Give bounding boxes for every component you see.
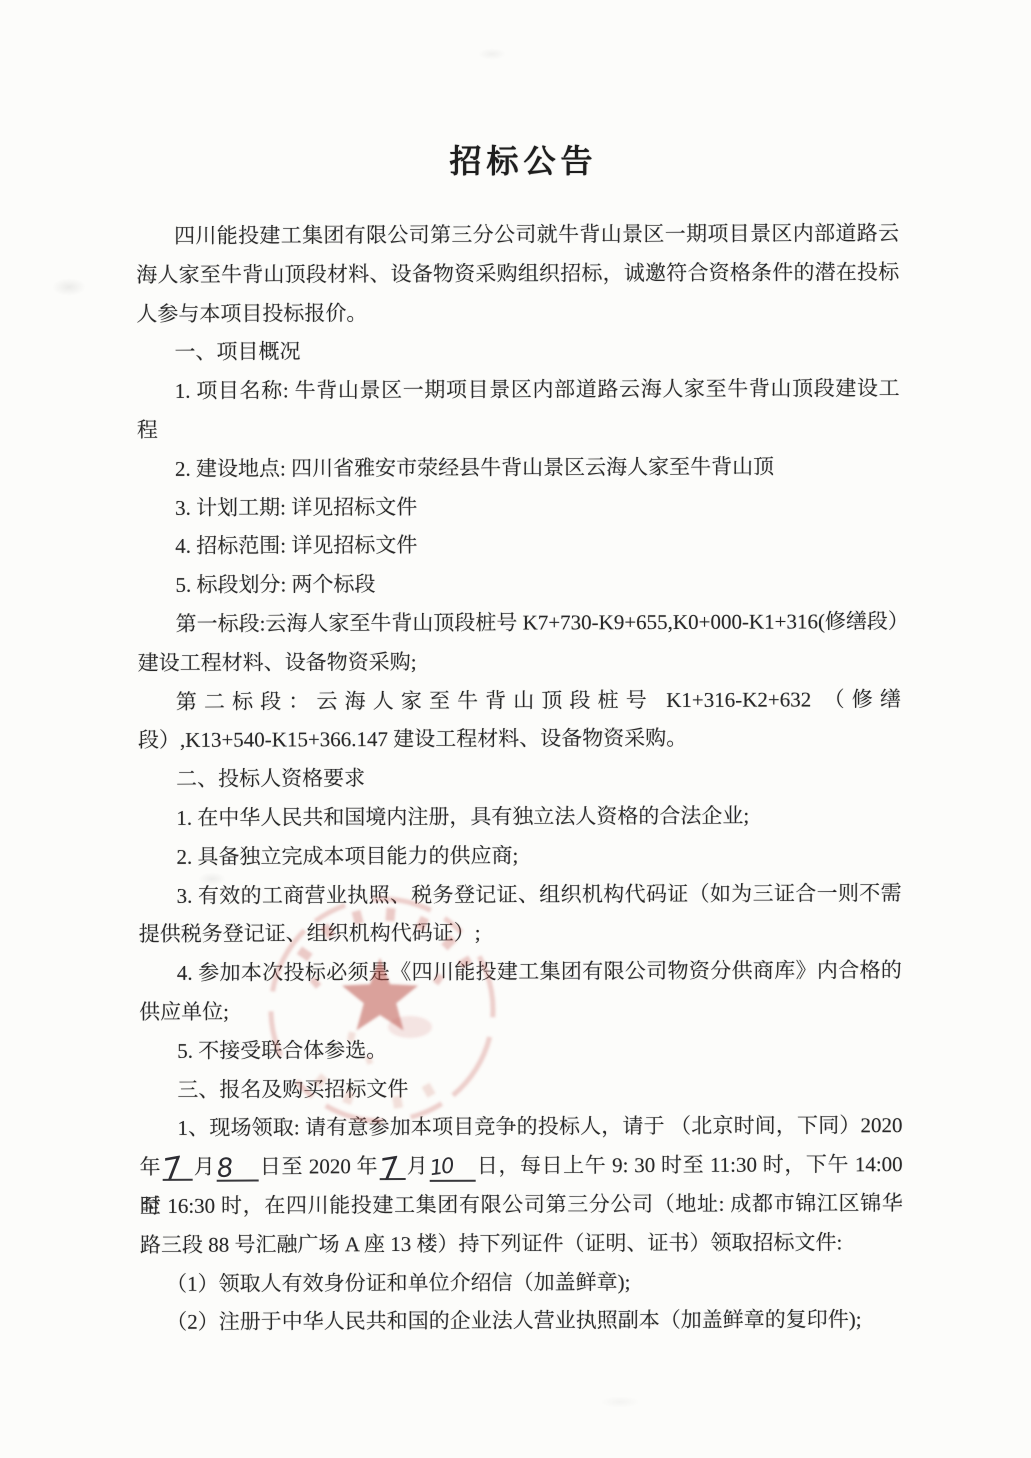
scan-noise-blob	[600, 1396, 640, 1408]
cert-item-2: （2）注册于中华人民共和国的企业法人营业执照副本（加盖鲜章的复印件);	[140, 1300, 903, 1342]
cert-item-1: （1）领取人有效身份证和单位介绍信（加盖鲜章);	[140, 1262, 903, 1304]
intro-line-3: 人参与本项目投标报价。	[136, 292, 899, 334]
item-schedule: 3. 计划工期: 详见招标文件	[137, 486, 900, 528]
date-text-segment: 日至 2020 年	[259, 1154, 378, 1178]
date-text-segment: 年	[140, 1155, 162, 1179]
document-title: 招标公告	[8, 136, 1031, 182]
qualification-2: 2. 具备独立完成本项目能力的供应商;	[138, 835, 901, 877]
scan-noise-blob	[478, 48, 506, 60]
registration-line-1: 1、现场领取: 请有意参加本项目竞争的投标人，请于 （北京时间，下同）2020	[139, 1106, 902, 1148]
handwritten-day-from: 8	[216, 1156, 258, 1182]
intro-line-1: 四川能投建工集团有限公司第三分公司就牛背山景区一期项目景区内部道路云	[136, 214, 899, 256]
registration-line-3: 至 16:30 时，在四川能投建工集团有限公司第三分公司（地址: 成都市锦江区锦…	[140, 1184, 903, 1226]
date-text-segment: 月	[193, 1155, 215, 1179]
qualification-5: 5. 不接受联合体参选。	[139, 1029, 902, 1071]
item-project-name: 1. 项目名称: 牛背山景区一期项目景区内部道路云海人家至牛背山顶段建设工	[137, 369, 900, 411]
item-scope: 4. 招标范围: 详见招标文件	[137, 524, 900, 566]
handwritten-day-to: 10	[429, 1156, 475, 1182]
qualification-4-line-1: 4. 参加本次投标必须是《四川能投建工集团有限公司物资分供商库》内合格的	[139, 951, 902, 993]
item-project-name-cont: 程	[137, 408, 900, 450]
scan-noise-blob	[52, 278, 86, 296]
registration-date-line: 年7月8日至 2020 年7月10日，每日上午 9: 30 时至 11:30 时…	[140, 1145, 903, 1187]
bid-section-1-line-1: 第一标段:云海人家至牛背山顶段桩号 K7+730-K9+655,K0+000-K…	[137, 602, 900, 644]
registration-line-4: 路三段 88 号汇融广场 A 座 13 楼）持下列证件（证明、证书）领取招标文件…	[140, 1223, 903, 1265]
qualification-1: 1. 在中华人民共和国境内注册，具有独立法人资格的合法企业;	[138, 796, 901, 838]
item-section-division: 5. 标段划分: 两个标段	[137, 563, 900, 605]
qualification-3-line-1: 3. 有效的工商营业执照、税务登记证、组织机构代码证（如为三证合一则不需	[139, 874, 902, 916]
bid-section-2-line-1: 第二标段：云海人家至牛背山顶段桩号 K1+316-K2+632 （修缮	[138, 680, 901, 722]
heading-bidder-qualifications: 二、投标人资格要求	[138, 757, 901, 799]
heading-project-overview: 一、项目概况	[136, 330, 899, 372]
intro-line-2: 海人家至牛背山顶段材料、设备物资采购组织招标，诚邀符合资格条件的潜在投标	[136, 253, 899, 295]
date-text-segment: 月	[406, 1154, 428, 1178]
qualification-4-line-2: 供应单位;	[139, 990, 902, 1032]
heading-registration: 三、报名及购买招标文件	[139, 1068, 902, 1110]
scanned-document-page: 招标公告 四川能投建工集团有限公司第三分公司就牛背山景区一期项目景区内部道路云 …	[0, 0, 1031, 1458]
item-location: 2. 建设地点: 四川省雅安市荥经县牛背山景区云海人家至牛背山顶	[137, 447, 900, 489]
qualification-3-line-2: 提供税务登记证、组织机构代码证）;	[139, 912, 902, 954]
handwritten-month-from: 7	[162, 1155, 192, 1181]
bid-section-1-line-2: 建设工程材料、设备物资采购;	[138, 641, 901, 683]
document-body: 四川能投建工集团有限公司第三分公司就牛背山景区一期项目景区内部道路云 海人家至牛…	[136, 214, 903, 1342]
bid-section-2-line-2: 段）,K13+540-K15+366.147 建设工程材料、设备物资采购。	[138, 718, 901, 760]
handwritten-month-to: 7	[379, 1154, 405, 1180]
